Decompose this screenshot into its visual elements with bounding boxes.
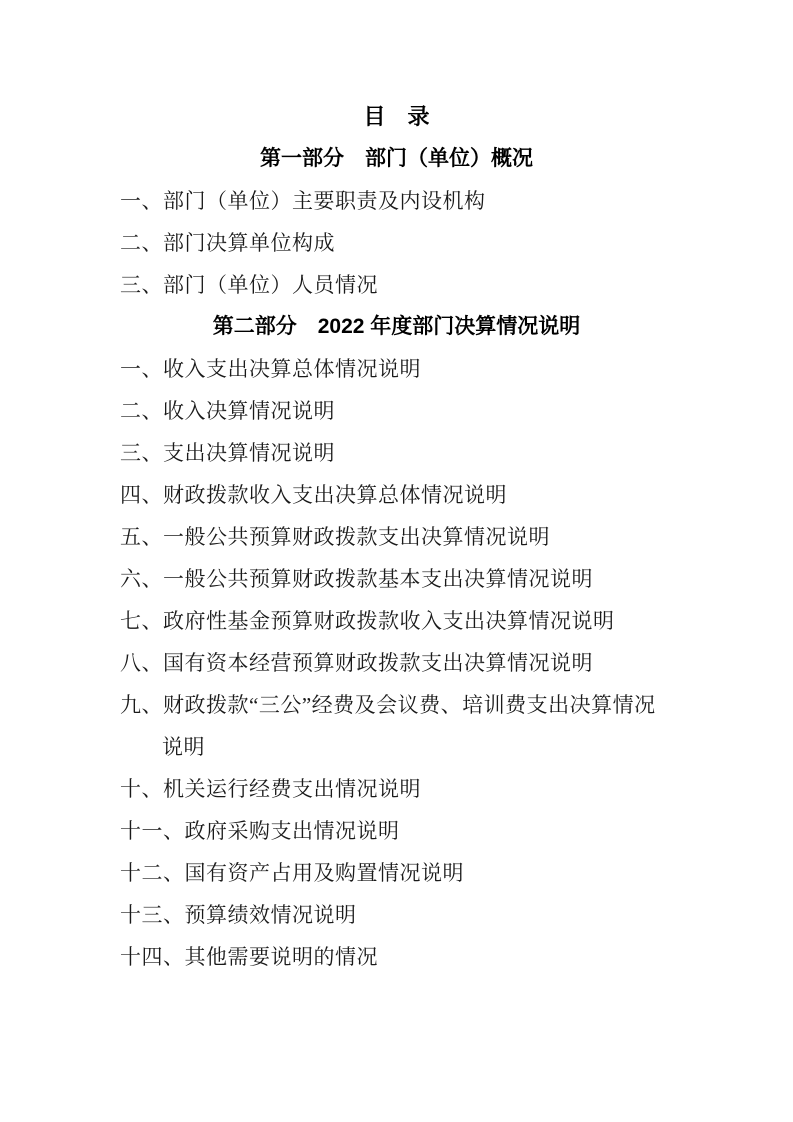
toc-entry: 十一、政府采购支出情况说明 (0, 810, 793, 852)
toc-entry: 二、收入决算情况说明 (0, 390, 793, 432)
document-page: 目 录 第一部分 部门（单位）概况一、部门（单位）主要职责及内设机构二、部门决算… (0, 0, 793, 1122)
section-heading: 第二部分 2022 年度部门决算情况说明 (0, 306, 793, 348)
table-of-contents: 第一部分 部门（单位）概况一、部门（单位）主要职责及内设机构二、部门决算单位构成… (0, 138, 793, 978)
toc-entry: 十三、预算绩效情况说明 (0, 894, 793, 936)
toc-entry: 六、一般公共预算财政拨款基本支出决算情况说明 (0, 558, 793, 600)
toc-entry: 三、支出决算情况说明 (0, 432, 793, 474)
section-heading: 第一部分 部门（单位）概况 (0, 138, 793, 180)
toc-entry-continuation: 说明 (0, 726, 793, 768)
toc-entry: 十、机关运行经费支出情况说明 (0, 768, 793, 810)
toc-entry: 十二、国有资产占用及购置情况说明 (0, 852, 793, 894)
toc-entry: 五、一般公共预算财政拨款支出决算情况说明 (0, 516, 793, 558)
page-title: 目 录 (0, 96, 793, 138)
toc-entry: 一、部门（单位）主要职责及内设机构 (0, 180, 793, 222)
toc-entry: 九、财政拨款“三公”经费及会议费、培训费支出决算情况 (0, 684, 793, 726)
toc-entry: 七、政府性基金预算财政拨款收入支出决算情况说明 (0, 600, 793, 642)
toc-entry: 八、国有资本经营预算财政拨款支出决算情况说明 (0, 642, 793, 684)
toc-entry: 二、部门决算单位构成 (0, 222, 793, 264)
toc-entry: 三、部门（单位）人员情况 (0, 264, 793, 306)
toc-entry: 十四、其他需要说明的情况 (0, 936, 793, 978)
toc-entry: 四、财政拨款收入支出决算总体情况说明 (0, 474, 793, 516)
toc-entry: 一、收入支出决算总体情况说明 (0, 348, 793, 390)
